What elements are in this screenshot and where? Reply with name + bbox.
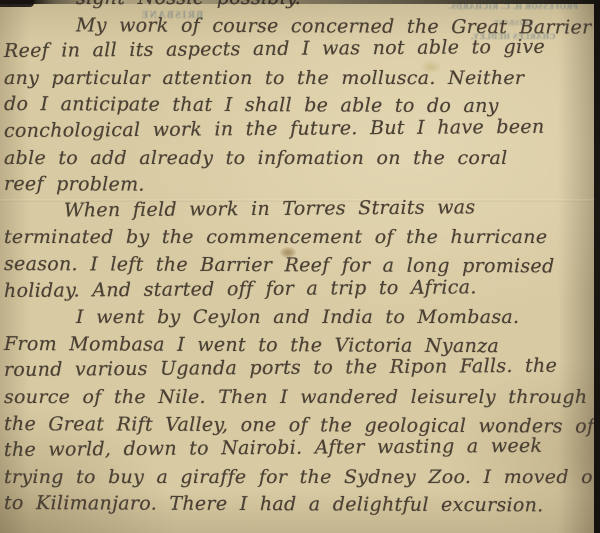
handwriting-line: terminated by the commencement of the hu… — [4, 224, 600, 251]
handwriting-line: I went by Ceylon and India to Mombasa. — [4, 304, 600, 331]
handwriting-line-clipped-bottom: to Kilimanjaro. There I had a delightful… — [4, 490, 600, 519]
handwriting-line: any particular attention to the mollusca… — [4, 65, 600, 92]
handwriting-line: holiday. And started off for a trip to A… — [4, 273, 600, 304]
handwriting-line: able to add already to infomation on the… — [4, 145, 600, 172]
handwriting-line: source of the Nile. Then I wandered leis… — [4, 384, 600, 411]
paper-edge-top-left — [0, 0, 34, 7]
letter-body: sight Nossle possibly. My work of course… — [4, 0, 600, 517]
paper-edge-right — [594, 0, 600, 533]
handwriting-line: round various Uganda ports to the Ripon … — [4, 353, 600, 384]
handwriting-line: trying to buy a giraffe for the Sydney Z… — [4, 464, 600, 491]
handwriting-line: conchological work in the future. But I … — [4, 113, 600, 144]
paper-edge-top — [0, 0, 600, 4]
handwriting-line: Reef in all its aspects and I was not ab… — [4, 34, 600, 65]
handwriting-line: When field work in Torres Straits was — [4, 193, 600, 224]
handwriting-line: the world, down to Nairobi. After wastin… — [4, 432, 600, 463]
letter-page: BRISBANE Professor H. C. Richards. Brisb… — [0, 0, 600, 533]
